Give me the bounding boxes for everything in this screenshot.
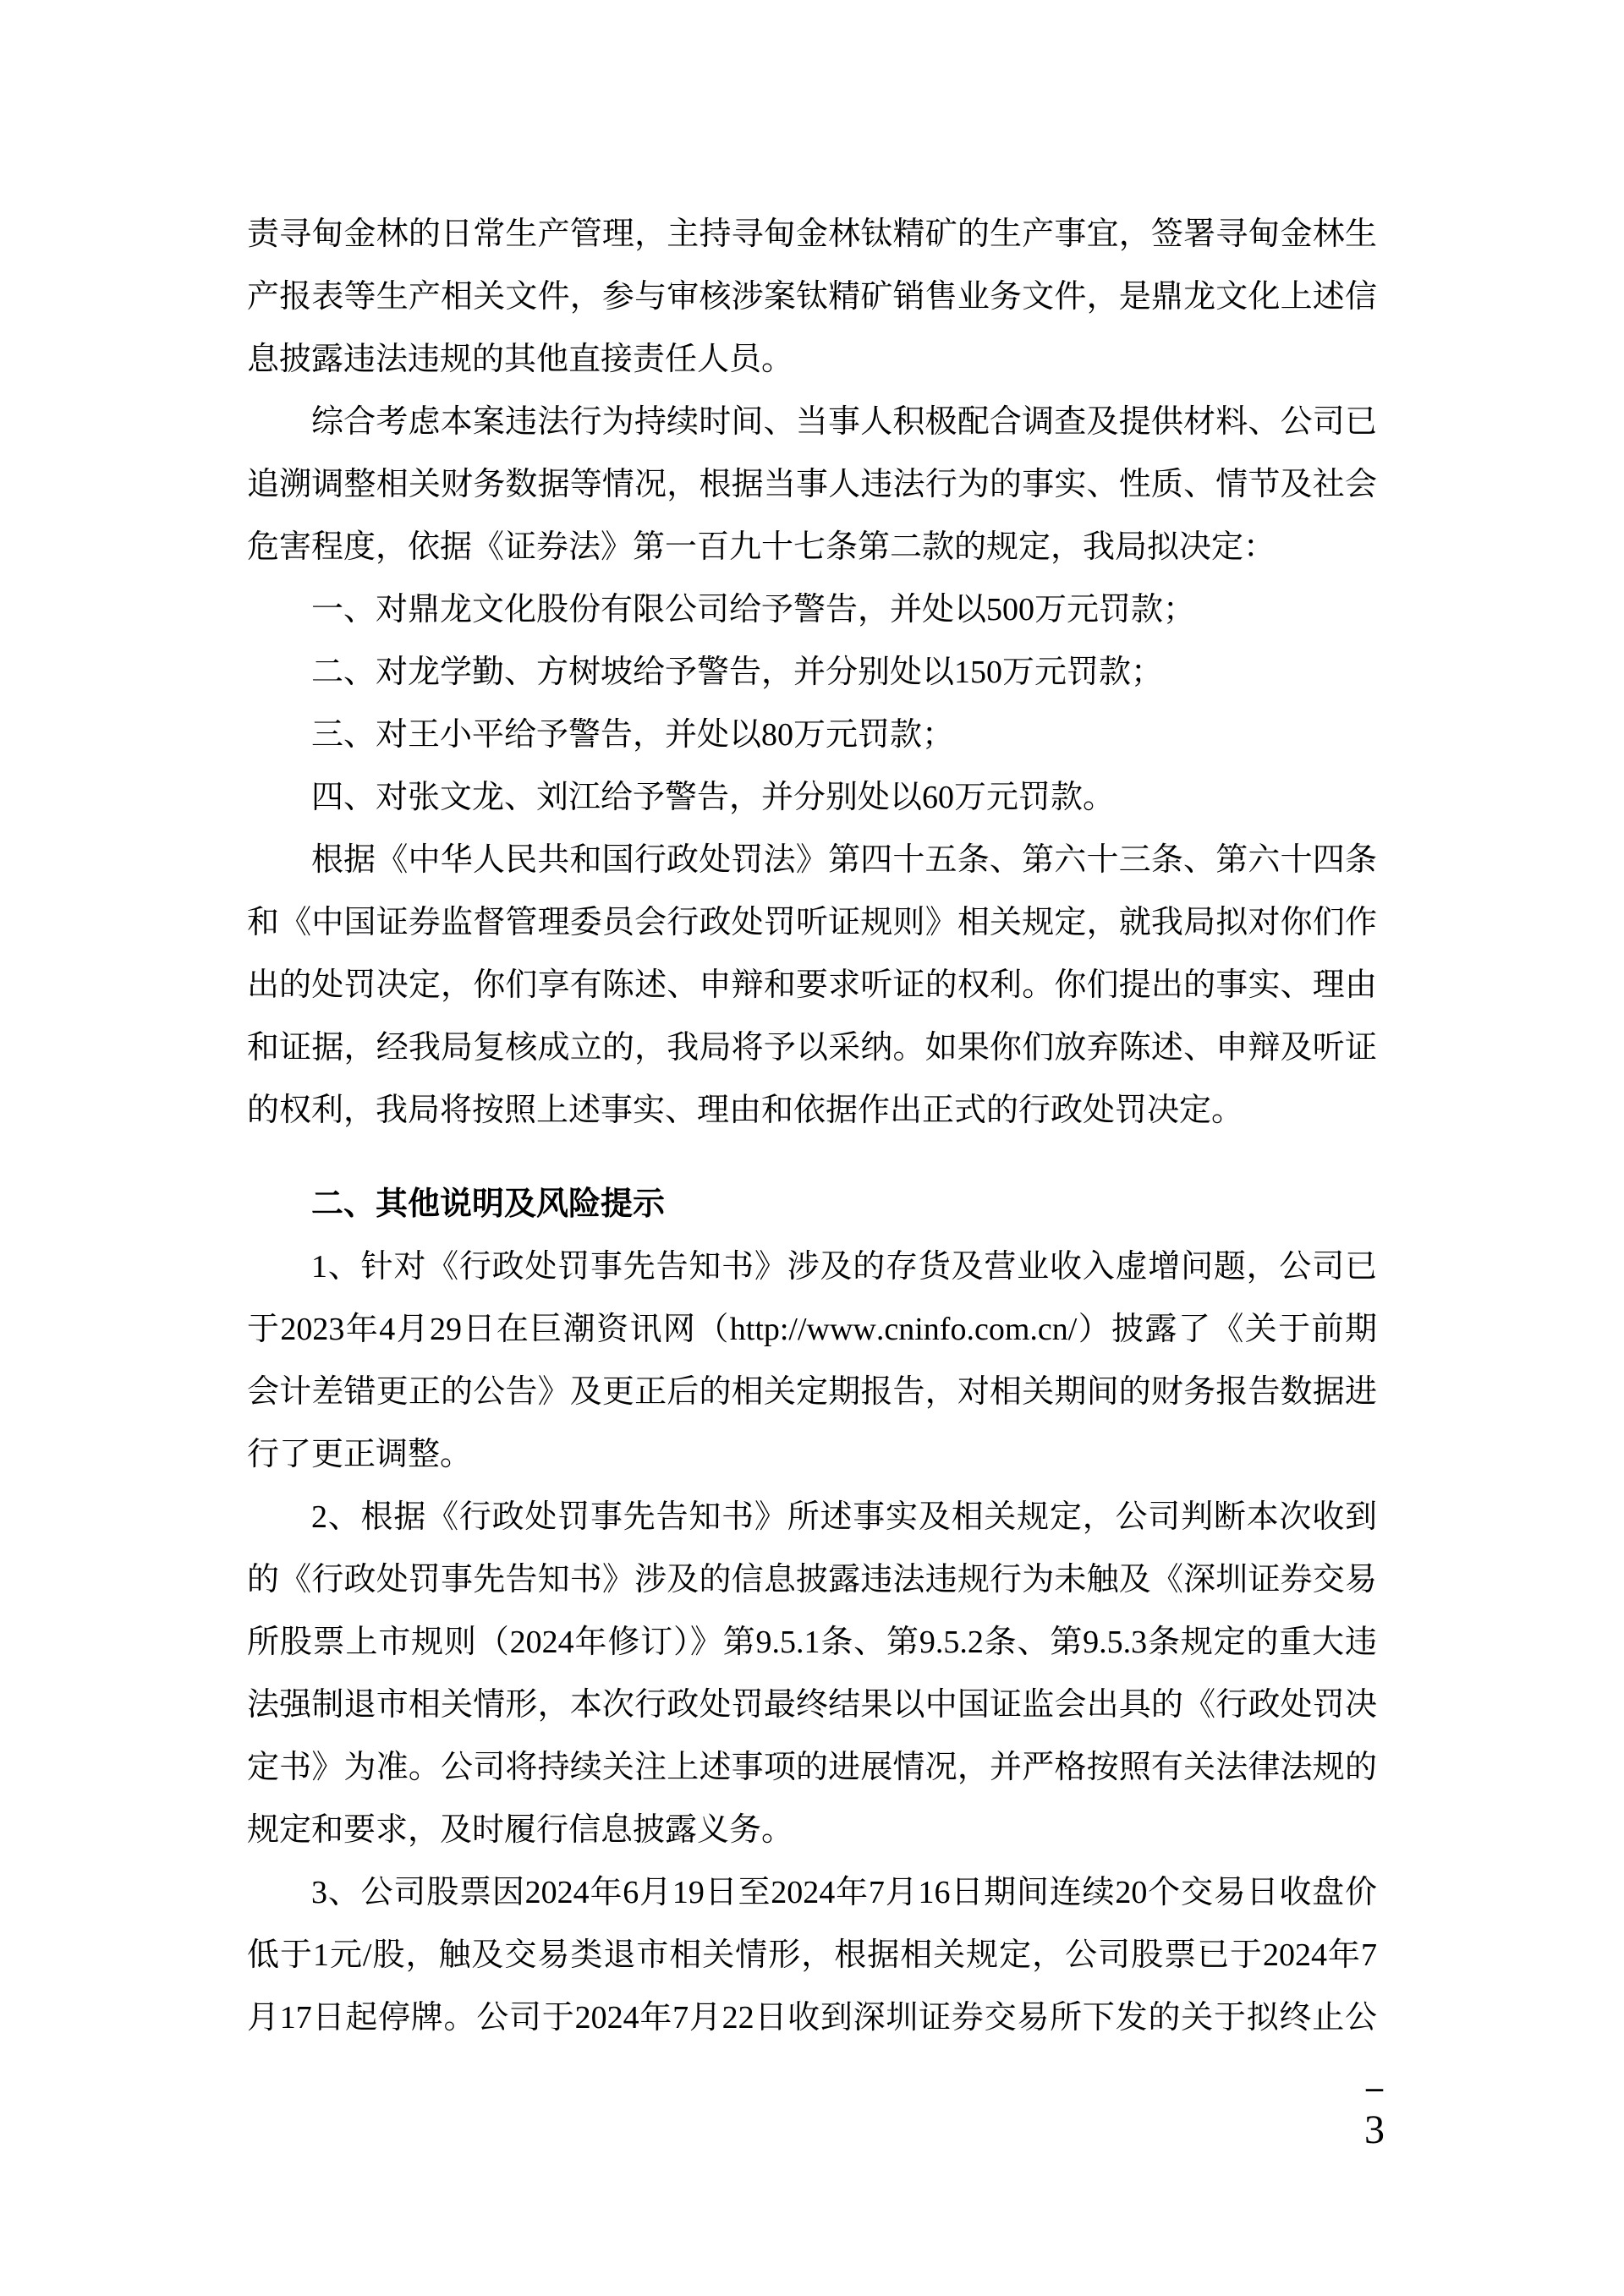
text-line: 四、对张文龙、刘江给予警告，并分别处以60万元罚款。	[247, 766, 1377, 829]
para-note-1: 1、针对《行政处罚事先告知书》涉及的存货及营业收入虚增问题，公司已于2023年4…	[247, 1236, 1377, 1486]
text-line: 二、其他说明及风险提示	[247, 1173, 1377, 1236]
text-line: 三、对王小平给予警告，并处以80万元罚款；	[247, 704, 1377, 766]
text-line: 责寻甸金林的日常生产管理，主持寻甸金林钛精矿的生产事宜，签署寻甸金林生	[247, 203, 1377, 266]
text-line: 综合考虑本案违法行为持续时间、当事人积极配合调查及提供材料、公司已	[247, 391, 1377, 453]
text-line: 和证据，经我局复核成立的，我局将予以采纳。如果你们放弃陈述、申辩及听证	[247, 1016, 1377, 1079]
text-line: 出的处罚决定，你们享有陈述、申辩和要求听证的权利。你们提出的事实、理由	[247, 954, 1377, 1016]
text-line: 月17日起停牌。公司于2024年7月22日收到深圳证券交易所下发的关于拟终止公	[247, 1986, 1377, 2049]
section-heading-other-notes: 二、其他说明及风险提示	[247, 1173, 1377, 1236]
text-line: 的《行政处罚事先告知书》涉及的信息披露违法违规行为未触及《深圳证券交易	[247, 1548, 1377, 1611]
text-line: 定书》为准。公司将持续关注上述事项的进展情况，并严格按照有关法律法规的	[247, 1736, 1377, 1799]
text-line: 的权利，我局将按照上述事实、理由和依据作出正式的行政处罚决定。	[247, 1079, 1377, 1142]
text-line: 根据《中华人民共和国行政处罚法》第四十五条、第六十三条、第六十四条	[247, 829, 1377, 891]
penalty-item-3: 三、对王小平给予警告，并处以80万元罚款；	[247, 704, 1377, 766]
text-line: 低于1元/股，触及交易类退市相关情形，根据相关规定，公司股票已于2024年7	[247, 1924, 1377, 1986]
text-line: 产报表等生产相关文件，参与审核涉案钛精矿销售业务文件，是鼎龙文化上述信	[247, 266, 1377, 328]
para-hearing-rights: 根据《中华人民共和国行政处罚法》第四十五条、第六十三条、第六十四条和《中国证券监…	[247, 829, 1377, 1142]
text-line: 1、针对《行政处罚事先告知书》涉及的存货及营业收入虚增问题，公司已	[247, 1236, 1377, 1298]
text-line: 于2023年4月29日在巨潮资讯网（http://www.cninfo.com.…	[247, 1298, 1377, 1361]
penalty-item-1: 一、对鼎龙文化股份有限公司给予警告，并处以500万元罚款；	[247, 578, 1377, 641]
text-line: 3、公司股票因2024年6月19日至2024年7月16日期间连续20个交易日收盘…	[247, 1861, 1377, 1924]
para-note-2: 2、根据《行政处罚事先告知书》所述事实及相关规定，公司判断本次收到的《行政处罚事…	[247, 1486, 1377, 1861]
para-penalty-basis: 综合考虑本案违法行为持续时间、当事人积极配合调查及提供材料、公司已追溯调整相关财…	[247, 391, 1377, 578]
document-body: 责寻甸金林的日常生产管理，主持寻甸金林钛精矿的生产事宜，签署寻甸金林生产报表等生…	[247, 203, 1377, 2049]
para-note-3: 3、公司股票因2024年6月19日至2024年7月16日期间连续20个交易日收盘…	[247, 1861, 1377, 2049]
text-line: 和《中国证券监督管理委员会行政处罚听证规则》相关规定，就我局拟对你们作	[247, 891, 1377, 954]
text-line: 会计差错更正的公告》及更正后的相关定期报告，对相关期间的财务报告数据进	[247, 1361, 1377, 1423]
text-line: 追溯调整相关财务数据等情况，根据当事人违法行为的事实、性质、情节及社会	[247, 453, 1377, 516]
text-line: 一、对鼎龙文化股份有限公司给予警告，并处以500万元罚款；	[247, 578, 1377, 641]
document-page: 责寻甸金林的日常生产管理，主持寻甸金林钛精矿的生产事宜，签署寻甸金林生产报表等生…	[0, 0, 1624, 2296]
penalty-item-2: 二、对龙学勤、方树坡给予警告，并分别处以150万元罚款；	[247, 641, 1377, 704]
para-continuation: 责寻甸金林的日常生产管理，主持寻甸金林钛精矿的生产事宜，签署寻甸金林生产报表等生…	[247, 203, 1377, 391]
page-number: 3	[1332, 2106, 1417, 2155]
text-line: 2、根据《行政处罚事先告知书》所述事实及相关规定，公司判断本次收到	[247, 1486, 1377, 1548]
text-line: 行了更正调整。	[247, 1423, 1377, 1486]
page-number-dash: –	[1332, 2069, 1417, 2106]
text-line: 法强制退市相关情形，本次行政处罚最终结果以中国证监会出具的《行政处罚决	[247, 1674, 1377, 1736]
text-line: 规定和要求，及时履行信息披露义务。	[247, 1799, 1377, 1861]
text-line: 息披露违法违规的其他直接责任人员。	[247, 328, 1377, 391]
page-footer: – 3	[1332, 2069, 1417, 2155]
penalty-item-4: 四、对张文龙、刘江给予警告，并分别处以60万元罚款。	[247, 766, 1377, 829]
text-line: 危害程度，依据《证券法》第一百九十七条第二款的规定，我局拟决定：	[247, 516, 1377, 578]
text-line: 所股票上市规则（2024年修订）》第9.5.1条、第9.5.2条、第9.5.3条…	[247, 1611, 1377, 1674]
text-line: 二、对龙学勤、方树坡给予警告，并分别处以150万元罚款；	[247, 641, 1377, 704]
